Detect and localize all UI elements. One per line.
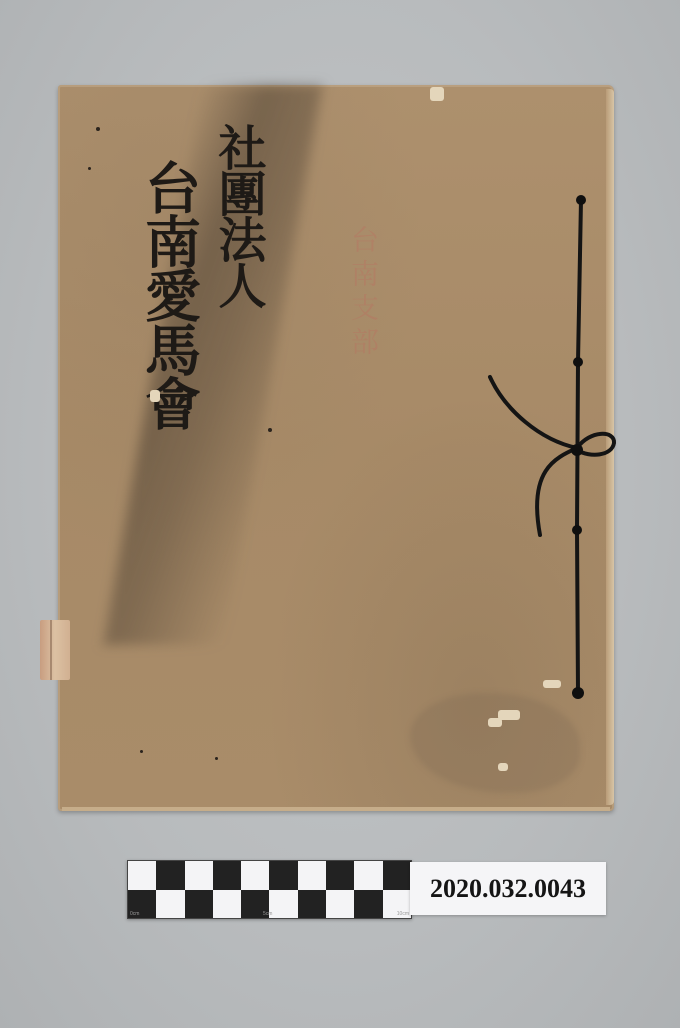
scale-bar: 0cm 5cm 10cm [127, 860, 412, 919]
scale-label-0: 0cm [130, 911, 139, 917]
side-label-tab [40, 620, 70, 680]
scale-label-5: 5cm [263, 911, 272, 917]
scale-label-10: 10cm [397, 911, 409, 917]
accession-number-label: 2020.032.0043 [410, 862, 606, 915]
